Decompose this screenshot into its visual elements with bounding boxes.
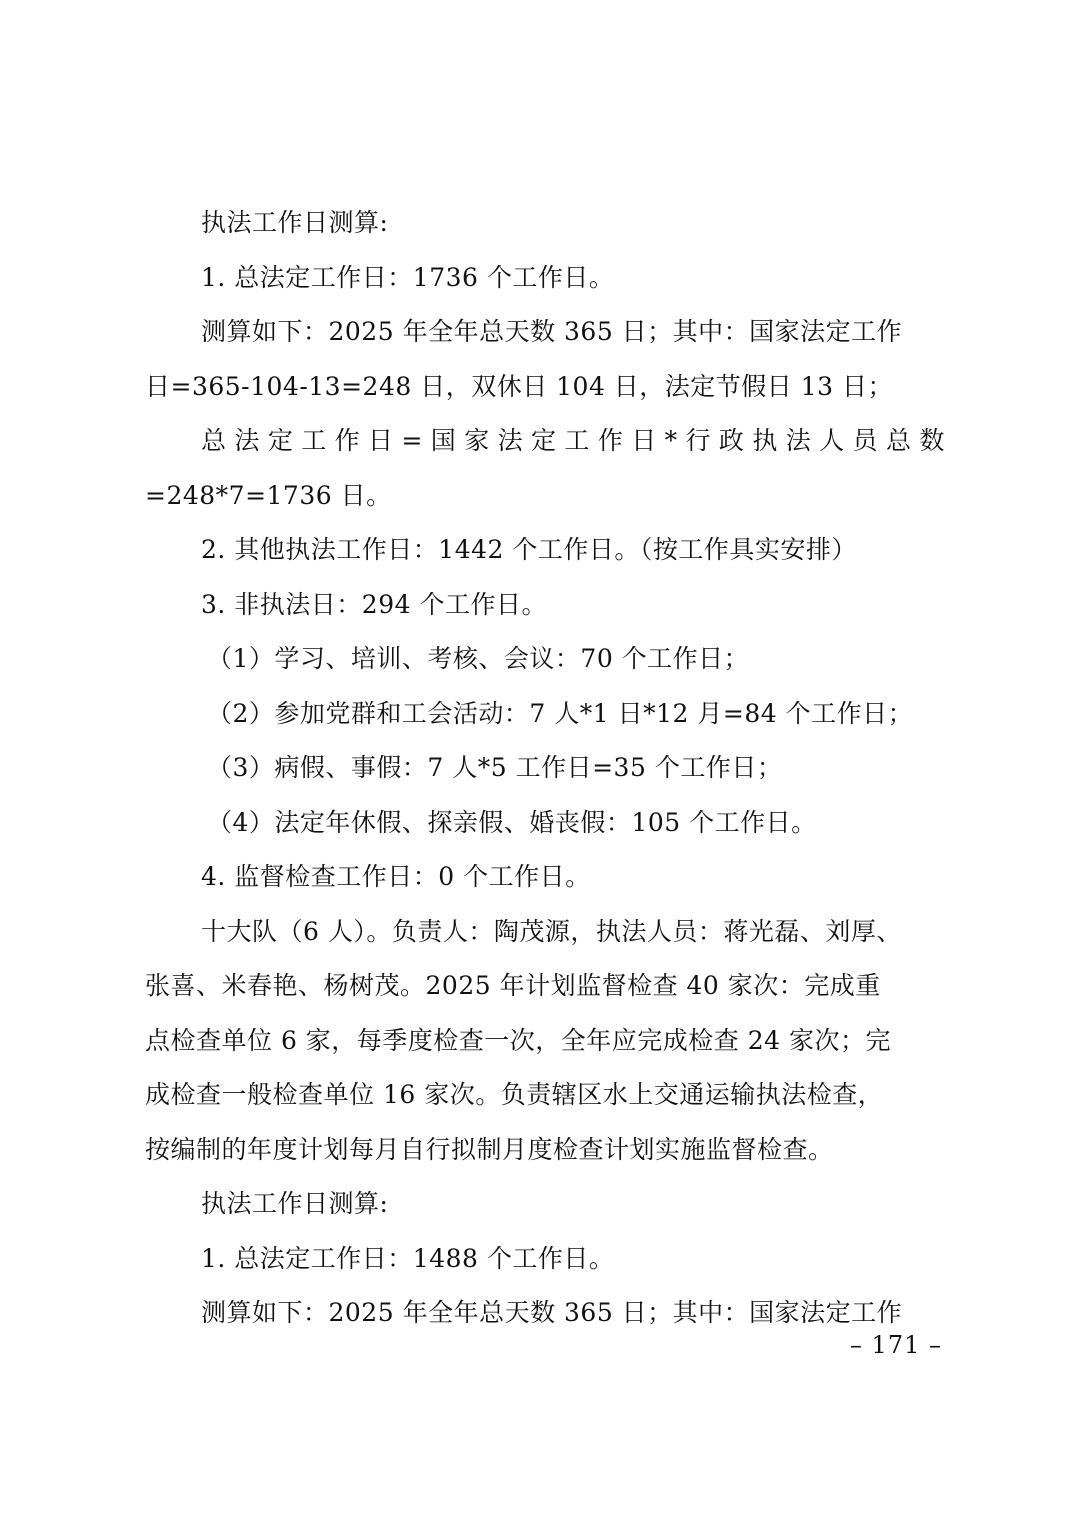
formula-char: 工 xyxy=(301,414,327,469)
paragraph-line: 测算如下：2025 年全年总天数 365 日；其中：国家法定工作 xyxy=(145,1286,945,1341)
paragraph-line: 3. 非执法日：294 个工作日。 xyxy=(145,578,945,633)
formula-char: 执 xyxy=(752,414,778,469)
list-item: （2）参加党群和工会活动：7 人*1 日*12 月=84 个工作日； xyxy=(145,687,945,742)
formula-char: 国 xyxy=(431,414,457,469)
formula-char: 总 xyxy=(886,414,912,469)
formula-char: 法 xyxy=(498,414,524,469)
paragraph-line: 1. 总法定工作日：1736 个工作日。 xyxy=(145,251,945,306)
section-heading: 执法工作日测算: xyxy=(145,196,945,251)
document-page: 执法工作日测算: 1. 总法定工作日：1736 个工作日。 测算如下：2025 … xyxy=(0,0,1074,1520)
formula-char: 总 xyxy=(201,414,227,469)
list-item: （3）病假、事假：7 人*5 工作日=35 个工作日； xyxy=(145,741,945,796)
formula-char: 日 xyxy=(368,414,394,469)
list-item: （4）法定年休假、探亲假、婚丧假：105 个工作日。 xyxy=(145,796,945,851)
paragraph-line: 张喜、米春艳、杨树茂。2025 年计划监督检查 40 家次：完成重 xyxy=(145,959,945,1014)
paragraph-line: 1. 总法定工作日：1488 个工作日。 xyxy=(145,1232,945,1287)
formula-char: 人 xyxy=(819,414,845,469)
formula-char: 数 xyxy=(919,414,945,469)
formula-line: 总 法 定 工 作 日 = 国 家 法 定 工 作 日 * 行 政 执 法 人 … xyxy=(145,414,945,469)
formula-char: 定 xyxy=(268,414,294,469)
paragraph-line: 按编制的年度计划每月自行拟制月度检查计划实施监督检查。 xyxy=(145,1123,945,1178)
formula-char: 工 xyxy=(564,414,590,469)
paragraph-line: 2. 其他执法工作日：1442 个工作日。（按工作具实安排） xyxy=(145,523,945,578)
formula-char: 员 xyxy=(853,414,879,469)
formula-char: 法 xyxy=(786,414,812,469)
paragraph-line: 日=365-104-13=248 日，双休日 104 日，法定节假日 13 日； xyxy=(145,360,945,415)
formula-char: 作 xyxy=(335,414,361,469)
section-heading: 执法工作日测算: xyxy=(145,1177,945,1232)
formula-char: 法 xyxy=(234,414,260,469)
formula-char: 作 xyxy=(598,414,624,469)
formula-char: 政 xyxy=(719,414,745,469)
formula-char: 家 xyxy=(464,414,490,469)
document-body: 执法工作日测算: 1. 总法定工作日：1736 个工作日。 测算如下：2025 … xyxy=(145,196,945,1341)
formula-char: 日 xyxy=(631,414,657,469)
formula-char: * xyxy=(665,414,678,469)
paragraph-line: 点检查单位 6 家，每季度检查一次，全年应完成检查 24 家次；完 xyxy=(145,1014,945,1069)
page-number: – 171 – xyxy=(850,1328,942,1362)
list-item: （1）学习、培训、考核、会议：70 个工作日； xyxy=(145,632,945,687)
paragraph-line: 4. 监督检查工作日：0 个工作日。 xyxy=(145,850,945,905)
formula-char: 定 xyxy=(531,414,557,469)
paragraph-line: 测算如下：2025 年全年总天数 365 日；其中：国家法定工作 xyxy=(145,305,945,360)
formula-char: = xyxy=(401,414,422,469)
paragraph-line: =248*7=1736 日。 xyxy=(145,469,945,524)
paragraph-line: 成检查一般检查单位 16 家次。负责辖区水上交通运输执法检查， xyxy=(145,1068,945,1123)
formula-char: 行 xyxy=(686,414,712,469)
paragraph-line: 十大队（6 人）。负责人：陶茂源，执法人员：蒋光磊、刘厚、 xyxy=(145,905,945,960)
